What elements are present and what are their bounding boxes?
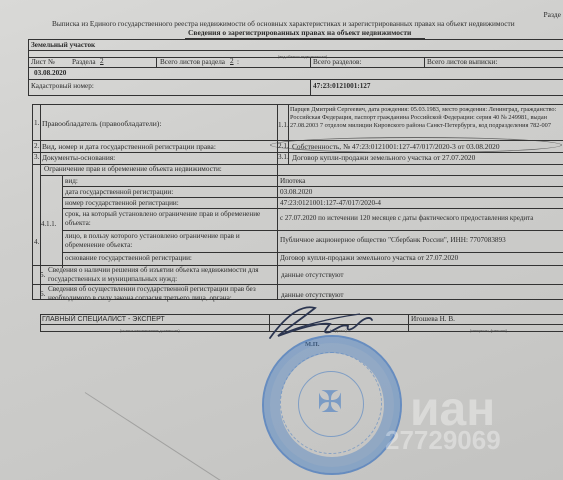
enc-term-label: срок, на который установлено ограничение… xyxy=(65,210,275,228)
divider xyxy=(156,57,157,67)
row-2-label: Вид, номер и дата государственной регист… xyxy=(42,142,216,151)
divider xyxy=(424,57,425,67)
row-4-num: 4. xyxy=(34,238,39,247)
row-6-num: 6. xyxy=(40,290,45,299)
section-label: Раздела xyxy=(72,58,96,67)
cadastral-label: Кадастровый номер: xyxy=(31,82,94,91)
document-subtitle: Сведения о зарегистрированных правах на … xyxy=(188,28,411,37)
divider xyxy=(62,186,563,187)
total-sheets-section-label: Всего листов раздела xyxy=(160,58,225,67)
total-sections-label: Всего разделов: xyxy=(313,58,361,67)
section-value: 2 xyxy=(100,57,104,66)
divider xyxy=(62,230,563,231)
row-5-num: 5. xyxy=(40,271,45,280)
sheet-label: Лист № xyxy=(31,58,55,67)
enc-basis-value: Договор купли-продажи земельного участка… xyxy=(280,254,458,263)
name-caption: (инициалы, фамилия) xyxy=(470,326,507,335)
row-5-value: данные отсутствуют xyxy=(281,271,344,280)
row-6-label: Сведения об осуществлении государственно… xyxy=(48,285,276,303)
coat-of-arms-icon: ✠ xyxy=(312,385,348,421)
enc-term-value: с 27.07.2020 по истечении 120 месяцев с … xyxy=(280,214,533,223)
object-type: Земельный участок xyxy=(31,41,95,50)
divider xyxy=(62,175,63,268)
owner-details: Парцев Дмитрий Сергеевич, дата рождения:… xyxy=(290,106,563,129)
row-3-label: Документы-основания: xyxy=(42,153,115,162)
enc-type-label: вид: xyxy=(65,177,78,186)
handdrawn-oval xyxy=(270,137,562,153)
row-1-num: 1. xyxy=(34,119,39,128)
row-3-num: 3. xyxy=(34,153,39,162)
enc-beneficiary-value: Публичное акционерное общество "Сбербанк… xyxy=(280,236,506,245)
enc-reg-date-value: 03.08.2020 xyxy=(280,188,312,197)
divider xyxy=(28,79,563,80)
divider xyxy=(28,67,563,68)
divider xyxy=(62,252,563,253)
paper-crease xyxy=(85,392,228,480)
row-6-value: данные отсутствуют xyxy=(281,291,344,300)
row-3-sub: 3.1. xyxy=(278,153,289,162)
divider xyxy=(62,197,563,198)
signer-position: ГЛАВНЫЙ СПЕЦИАЛИСТ - ЭКСПЕРТ xyxy=(42,315,165,324)
row-1-sub: 1.1. xyxy=(278,121,289,130)
total-sheets-section-value: 2 xyxy=(230,57,234,66)
divider xyxy=(310,79,311,96)
signer-name: Игошева Н. В. xyxy=(411,315,455,324)
divider xyxy=(277,104,278,300)
enc-reg-number-label: номер государственной регистрации: xyxy=(65,199,179,208)
divider xyxy=(40,175,563,176)
enc-reg-date-label: дата государственной регистрации: xyxy=(65,188,173,197)
total-sheets-extract-label: Всего листов выписки: xyxy=(427,58,497,67)
divider xyxy=(310,57,311,67)
divider xyxy=(408,314,409,332)
watermark-id: 27729069 xyxy=(385,425,501,456)
divider xyxy=(28,50,563,51)
enc-reg-number-value: 47:23:0121001:127-47/017/2020-4 xyxy=(280,199,381,208)
document-title: Выписка из Единого государственного реес… xyxy=(52,19,515,28)
encumbrance-sub: 4.1.1. xyxy=(41,220,56,229)
separator-colon: : xyxy=(237,58,239,67)
enc-basis-label: основание государственной регистрации: xyxy=(65,254,192,263)
basis-document: Договор купли-продажи земельного участка… xyxy=(292,153,475,162)
divider xyxy=(62,208,563,209)
row-2-num: 2. xyxy=(34,142,39,151)
row-1-label: Правообладатель (правообладатели): xyxy=(42,119,161,128)
position-caption: (полное наименование должности) xyxy=(120,326,180,335)
section-corner-label: Разде xyxy=(544,10,561,19)
extract-date: 03.08.2020 xyxy=(34,69,66,78)
enc-beneficiary-label: лицо, в пользу которого установлено огра… xyxy=(65,232,275,250)
encumbrance-title: Ограничение прав и обременение объекта н… xyxy=(44,165,222,174)
cadastral-value: 47:23:0121001:127 xyxy=(313,82,371,91)
enc-type-value: Ипотека xyxy=(280,177,305,186)
row-5-label: Сведения о наличии решения об изъятии об… xyxy=(48,266,276,284)
